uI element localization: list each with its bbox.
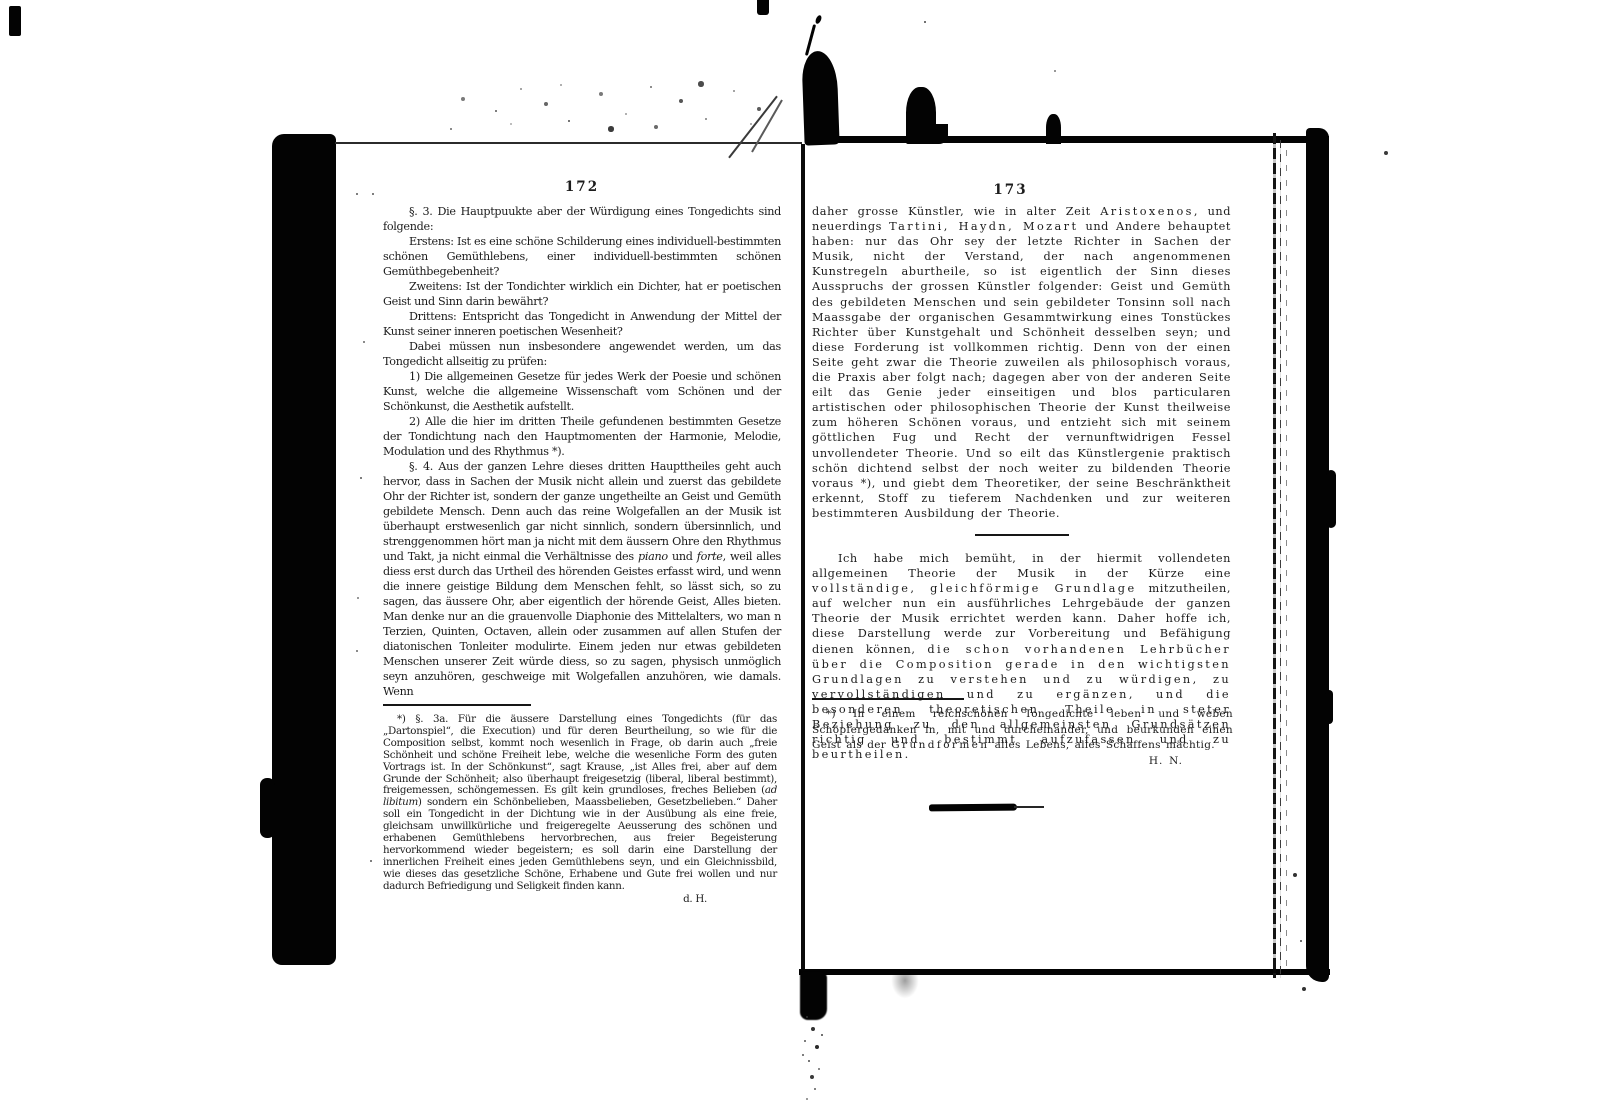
dust-specks-left-margin [356, 193, 358, 195]
scan-right-edge-bump [1326, 470, 1336, 528]
scan-top-edge-mark [757, 0, 769, 15]
paragraph-item-2: 2) Alle die hier im dritten Theile gefun… [383, 414, 781, 459]
paragraph-item-1: 1) Die allgemeinen Gesetze für jedes Wer… [383, 369, 781, 414]
page-edge-line-1 [1273, 133, 1276, 978]
scan-ink-dash [929, 804, 1017, 812]
paragraph-drittens: Drittens: Entspricht das Tongedicht in A… [383, 309, 781, 339]
page-edge-line-2 [1280, 140, 1281, 978]
dust-specks-top [450, 128, 452, 130]
scan-right-edge-bar [1306, 128, 1329, 982]
scan-left-edge-bump [260, 778, 275, 838]
right-page-top-edge-line [805, 136, 1329, 143]
dust-specks-right-page [924, 21, 926, 23]
left-footnote-paragraph: *) §. 3a. Für die äussere Darstellung ei… [383, 714, 777, 893]
scan-ink-blob-small [1046, 114, 1061, 144]
left-page-content: §. 3. Die Hauptpuukte aber der Würdigung… [383, 204, 781, 699]
page-edge-line-3 [1286, 150, 1287, 970]
left-footnote-rule [383, 704, 531, 706]
scan-corner-mark [9, 6, 21, 36]
paragraph-zweitens: Zweitens: Ist der Tondichter wirklich ei… [383, 279, 781, 309]
paragraph-erstens: Erstens: Ist es eine schöne Schilderung … [383, 234, 781, 279]
left-footnote-signature: d. H. [383, 894, 777, 906]
right-page-number: 173 [800, 182, 1221, 198]
paragraph-section-4: §. 4. Aus der ganzen Lehre dieses dritte… [383, 459, 781, 699]
left-page-footnote: *) §. 3a. Für die äussere Darstellung ei… [383, 702, 777, 906]
left-page-top-edge-line [335, 142, 802, 144]
scan-smudge-cloud [890, 972, 920, 1000]
section-divider-rule [975, 534, 1069, 536]
paragraph-dabei: Dabei müssen nun insbesondere angewendet… [383, 339, 781, 369]
right-footnote-paragraph: *) In einem reichschönen Tongedichte leb… [812, 707, 1233, 754]
scan-ink-blob-gutter-top [801, 50, 839, 145]
paragraph-continuation: daher grosse Künstler, wie in alter Zeit… [812, 204, 1231, 521]
dust-specks-bottom [806, 1016, 808, 1018]
scan-ink-tip [814, 14, 822, 24]
right-page-bottom-edge-line [799, 969, 1330, 975]
scan-ink-dash-tail [1014, 806, 1044, 808]
scan-ink-blob-foot [932, 124, 948, 144]
scan-left-edge-bar [272, 134, 336, 965]
scan-ink-blob-gutter-bottom [800, 972, 827, 1020]
right-footnote-rule [812, 698, 964, 700]
scan-right-edge-bump [1325, 690, 1333, 724]
right-page-content: daher grosse Künstler, wie in alter Zeit… [812, 204, 1231, 762]
gutter-shadow-line [801, 144, 805, 973]
right-page-footnote: *) In einem reichschönen Tongedichte leb… [812, 698, 1233, 769]
paragraph-section-3: §. 3. Die Hauptpuukte aber der Würdigung… [383, 204, 781, 234]
left-page-number: 172 [383, 179, 781, 195]
book-scan-spread: 172 §. 3. Die Hauptpuukte aber der Würdi… [0, 0, 1600, 1114]
